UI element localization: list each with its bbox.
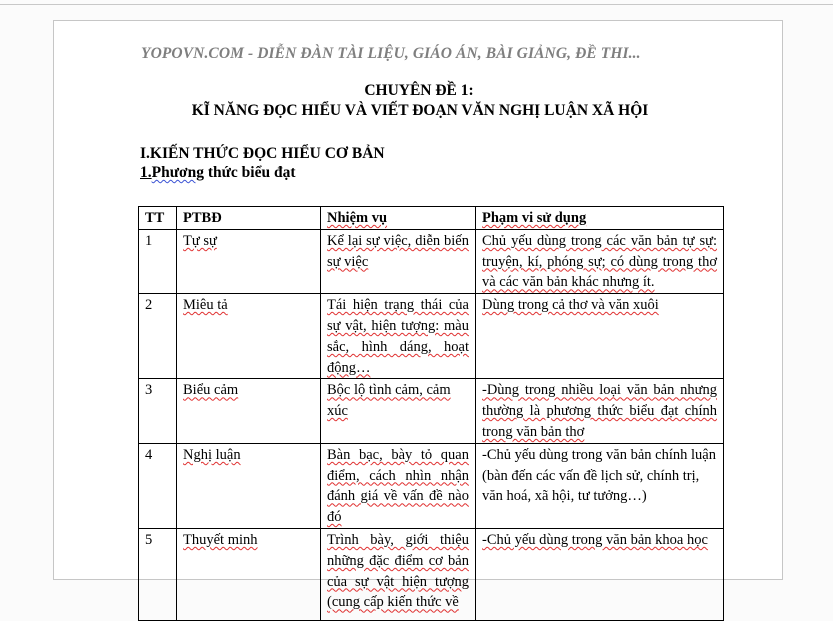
- cell-pham-vi: Chủ yếu dùng trong các văn bản tự sự: tr…: [476, 229, 724, 293]
- table-row: 4 Nghị luận Bàn bạc, bày tỏ quan điểm, c…: [139, 443, 724, 528]
- sub-heading: 1.Phương thức biểu đạt: [140, 164, 296, 182]
- cell-pham-vi: -Dùng trong nhiều loại văn bản nhưng thư…: [476, 379, 724, 443]
- cell-tt: 5: [139, 528, 177, 568]
- toolbar-edge: [0, 0, 833, 5]
- table-header-row: TT PTBĐ Nhiệm vụ Phạm vi sử dụng: [139, 207, 724, 230]
- document-title-line1: CHUYÊN ĐỀ 1:: [55, 82, 783, 100]
- cell-tt: 1: [139, 229, 177, 293]
- document-title-line2: KĨ NĂNG ĐỌC HIỂU VÀ VIẾT ĐOẠN VĂN NGHỊ L…: [56, 102, 784, 120]
- cell-tt: 3: [139, 379, 177, 443]
- cell-nhiem-vu: Kể lại sự việc, diễn biến sự việc: [321, 229, 476, 293]
- header-tt: TT: [139, 207, 177, 230]
- document-page[interactable]: YOPOVN.COM - DIỄN ĐÀN TÀI LIỆU, GIÁO ÁN,…: [53, 20, 783, 568]
- table-row: 3 Biểu cảm Bộc lộ tình cảm, cảm xúc -Dùn…: [139, 379, 724, 443]
- cell-ptbd: Miêu tả: [177, 294, 321, 379]
- cell-pham-vi: Dùng trong cả thơ và văn xuôi: [476, 294, 724, 379]
- cell-ptbd: Thuyết minh: [177, 528, 321, 568]
- cell-tt: 2: [139, 294, 177, 379]
- header-ptbd: PTBĐ: [177, 207, 321, 230]
- expression-methods-table: TT PTBĐ Nhiệm vụ Phạm vi sử dụng 1 Tự sự…: [138, 206, 724, 568]
- header-pham-vi: Phạm vi sử dụng: [476, 207, 724, 230]
- cell-pham-vi: -Chủ yếu dùng trong văn bản chính luận (…: [476, 443, 724, 528]
- cell-ptbd: Tự sự: [177, 229, 321, 293]
- table-row: 2 Miêu tả Tái hiện trạng thái của sự vật…: [139, 294, 724, 379]
- sub-heading-underlined-word: Phương: [152, 164, 204, 181]
- cell-ptbd: Biểu cảm: [177, 379, 321, 443]
- cell-ptbd: Nghị luận: [177, 443, 321, 528]
- watermark-header: YOPOVN.COM - DIỄN ĐÀN TÀI LIỆU, GIÁO ÁN,…: [141, 45, 641, 63]
- section-heading: I.KIẾN THỨC ĐỌC HIỂU CƠ BẢN: [140, 145, 385, 163]
- cell-nhiem-vu: Tái hiện trạng thái của sự vật, hiện tượ…: [321, 294, 476, 379]
- cell-nhiem-vu: Trình bày, giới thiệu những đặc điểm cơ …: [321, 528, 476, 568]
- sub-heading-rest: thức biểu đạt: [204, 164, 296, 181]
- cell-nhiem-vu: Bàn bạc, bày tỏ quan điểm, cách nhìn nhậ…: [321, 443, 476, 528]
- table-row: 5 Thuyết minh Trình bày, giới thiệu nhữn…: [139, 528, 724, 568]
- cell-tt: 4: [139, 443, 177, 528]
- sub-heading-number: 1.: [140, 164, 152, 181]
- header-nhiem-vu: Nhiệm vụ: [321, 207, 476, 230]
- cell-nhiem-vu: Bộc lộ tình cảm, cảm xúc: [321, 379, 476, 443]
- cell-pham-vi: -Chủ yếu dùng trong văn bản khoa học: [476, 528, 724, 568]
- table-row: 1 Tự sự Kể lại sự việc, diễn biến sự việ…: [139, 229, 724, 293]
